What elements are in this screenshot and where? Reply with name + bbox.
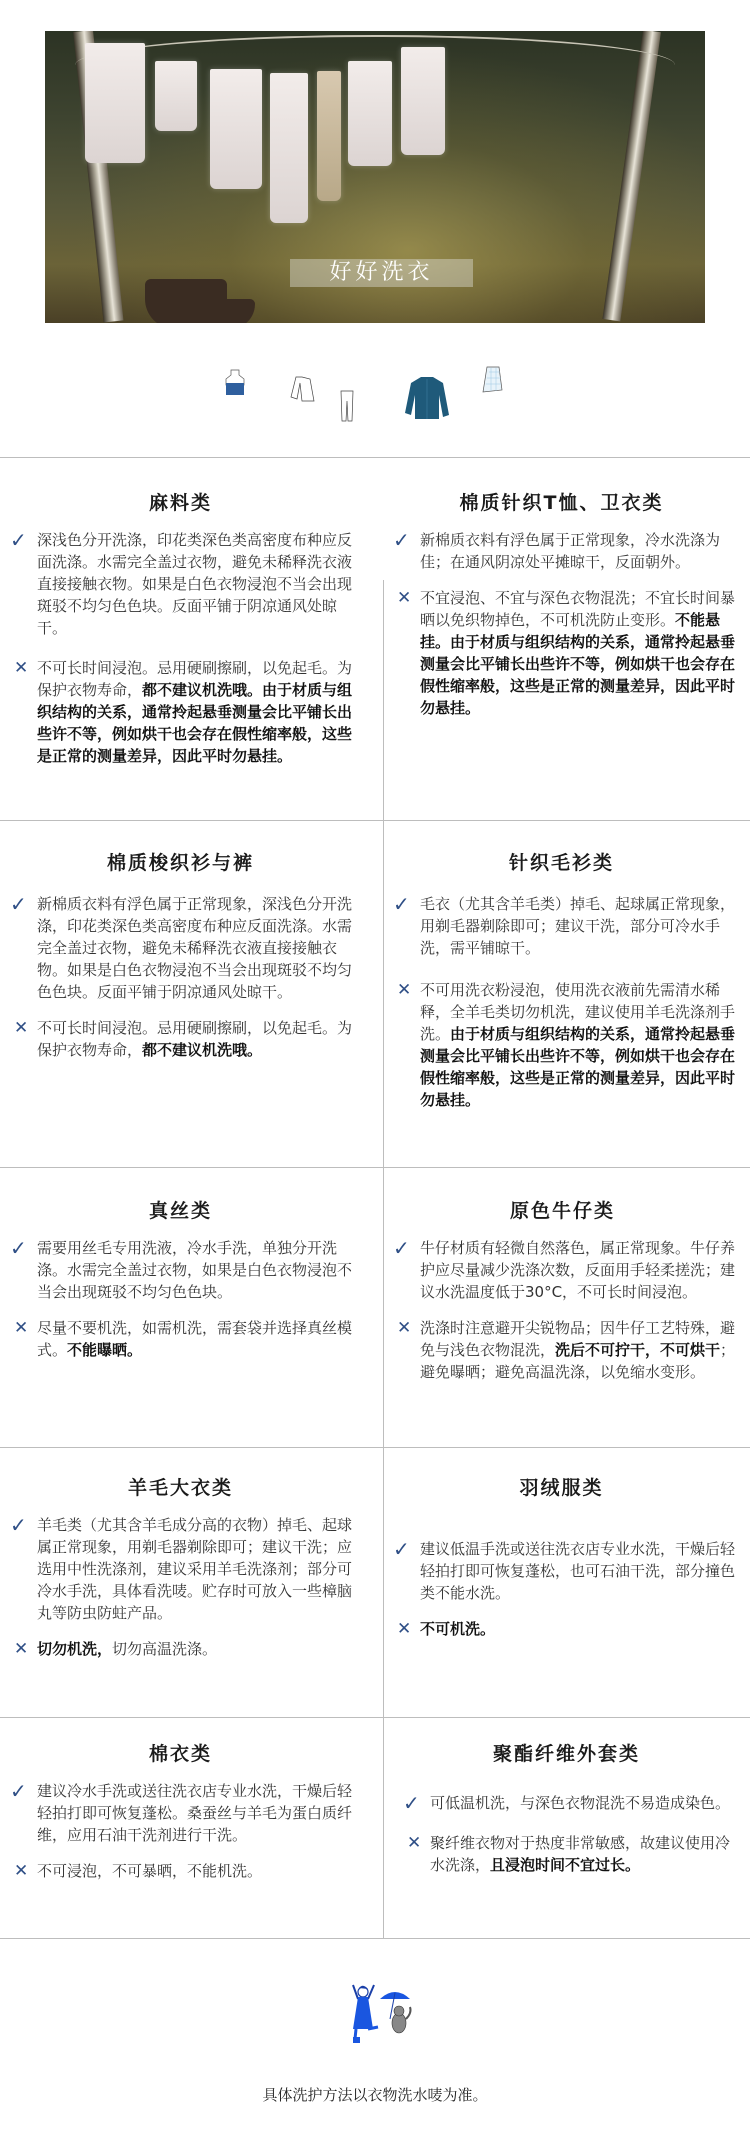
cross-icon: ✕ xyxy=(397,979,411,1001)
plaid-shirt-icon xyxy=(481,366,503,394)
cross-icon: ✕ xyxy=(407,1832,421,1854)
white-cardigan-icon xyxy=(288,375,318,405)
care-label-note: 具体洗护方法以衣物洗水唛为准。 xyxy=(0,2084,750,2105)
care-dont: ✕ 不可长时间浸泡。忌用硬刷擦刷，以免起毛。为保护衣物寿命，都不建议机洗哦。由于… xyxy=(0,657,361,767)
care-do: ✓ 新棉质衣料有浮色属于正常现象，冷水洗涤为佳；在通风阴凉处平摊晾干，反面朝外。 xyxy=(383,529,740,573)
hanging-slip xyxy=(317,71,341,201)
care-section-linen: 麻料类 ✓ 深浅色分开洗涤，印花类深色类高密度布种应反面洗涤。水需完全盖过衣物，… xyxy=(0,488,383,767)
hanging-camisole xyxy=(155,61,197,131)
section-title: 棉衣类 xyxy=(0,1739,361,1766)
care-dont-emphasis: 不能曝晒。 xyxy=(67,1341,142,1359)
care-section-padded-coat: 棉衣类 ✓ 建议冷水手洗或送往洗衣店专业水洗，干燥后轻轻拍打即可恢复蓬松。桑蚕丝… xyxy=(0,1739,383,1882)
care-dont-emphasis: 不可机洗。 xyxy=(420,1620,495,1638)
cross-icon: ✕ xyxy=(14,657,28,679)
care-do: ✓ 牛仔材质有轻微自然落色，属正常现象。牛仔养护应尽量减少洗涤次数，反面用手轻柔… xyxy=(383,1237,742,1303)
section-title: 棉质针织T恤、卫衣类 xyxy=(383,488,740,515)
care-do: ✓ 可低温机洗，与深色衣物混洗不易造成染色。 xyxy=(393,1792,740,1814)
hanging-dress xyxy=(270,73,308,223)
cross-icon: ✕ xyxy=(397,1317,411,1339)
cross-icon: ✕ xyxy=(397,587,411,609)
apron-icon xyxy=(223,369,247,397)
care-do-text: 羊毛类（尤其含羊毛成分高的衣物）掉毛、起球属正常现象，用剃毛器剃除即可；建议干洗… xyxy=(37,1516,352,1622)
section-title: 羽绒服类 xyxy=(383,1473,740,1500)
check-icon: ✓ xyxy=(393,1237,410,1259)
check-icon: ✓ xyxy=(10,893,27,915)
care-do-text: 牛仔材质有轻微自然落色，属正常现象。牛仔养护应尽量减少洗涤次数，反面用手轻柔搓洗… xyxy=(420,1239,735,1301)
check-icon: ✓ xyxy=(10,1237,27,1259)
care-do: ✓ 羊毛类（尤其含羊毛成分高的衣物）掉毛、起球属正常现象，用剃毛器剃除即可；建议… xyxy=(0,1514,361,1624)
care-do-text: 新棉质衣料有浮色属于正常现象，冷水洗涤为佳；在通风阴凉处平摊晾干，反面朝外。 xyxy=(420,531,720,571)
cross-icon: ✕ xyxy=(14,1638,28,1660)
care-dont: ✕ 尽量不要机洗，如需机洗，需套袋并选择真丝模式。不能曝晒。 xyxy=(0,1317,361,1361)
care-dont-emphasis: 由于材质与组织结构的关系，通常拎起悬垂测量会比平铺长出些许不等，例如烘干也会存在… xyxy=(420,1025,735,1109)
care-do-text: 需要用丝毛专用洗液，冷水手洗，单独分开洗涤。水需完全盖过衣物，如果是白色衣物浸泡… xyxy=(37,1239,352,1301)
divider xyxy=(0,1167,750,1168)
divider xyxy=(0,820,750,821)
care-dont-emphasis: 洗后不可拧干，不可烘干 xyxy=(555,1341,720,1359)
care-do-text: 毛衣（尤其含羊毛类）掉毛、起球属正常现象，用剃毛器剃除即可；建议干洗，部分可冷水… xyxy=(420,895,735,957)
small-basket xyxy=(205,299,255,323)
section-title: 原色牛仔类 xyxy=(383,1196,742,1223)
care-section-knit-sweater: 针织毛衫类 ✓ 毛衣（尤其含羊毛类）掉毛、起球属正常现象，用剃毛器剃除即可；建议… xyxy=(383,848,750,1111)
garment-icons-row xyxy=(0,355,750,425)
care-dont: ✕ 不可浸泡，不可暴晒，不能机洗。 xyxy=(0,1860,361,1882)
care-dont: ✕ 不宜浸泡、不宜与深色衣物混洗；不宜长时间暴晒以免织物掉色，不可机洗防止变形。… xyxy=(383,587,740,719)
section-title: 真丝类 xyxy=(0,1196,361,1223)
white-trousers-icon xyxy=(338,389,356,423)
hero-title: 好好洗衣 xyxy=(290,259,473,287)
care-do: ✓ 需要用丝毛专用洗液，冷水手洗，单独分开洗涤。水需完全盖过衣物，如果是白色衣物… xyxy=(0,1237,361,1303)
care-do-text: 新棉质衣料有浮色属于正常现象，深浅色分开洗涤，印花类深色类高密度布种应反面洗涤。… xyxy=(37,895,352,1001)
divider xyxy=(0,457,750,458)
check-icon: ✓ xyxy=(393,529,410,551)
section-title: 麻料类 xyxy=(0,488,361,515)
care-section-polyester-jacket: 聚酯纤维外套类 ✓ 可低温机洗，与深色衣物混洗不易造成染色。 ✕ 聚纤维衣物对于… xyxy=(383,1739,750,1876)
section-title: 聚酯纤维外套类 xyxy=(393,1739,740,1766)
hanging-blouse xyxy=(210,69,262,189)
girl-umbrella-cat-illustration xyxy=(350,1983,420,2045)
divider xyxy=(0,1938,750,1939)
check-icon: ✓ xyxy=(10,529,27,551)
care-do: ✓ 新棉质衣料有浮色属于正常现象，深浅色分开洗涤，印花类深色类高密度布种应反面洗… xyxy=(0,893,361,1003)
care-dont: ✕ 洗涤时注意避开尖锐物品；因牛仔工艺特殊，避免与浅色衣物混洗，洗后不可拧干，不… xyxy=(383,1317,742,1383)
check-icon: ✓ xyxy=(10,1780,27,1802)
hero-photo: 好好洗衣 xyxy=(45,31,705,323)
care-dont-emphasis: 且浸泡时间不宜过长。 xyxy=(490,1856,640,1874)
hanging-skirt xyxy=(85,43,145,163)
care-section-cotton-knit-tee: 棉质针织T恤、卫衣类 ✓ 新棉质衣料有浮色属于正常现象，冷水洗涤为佳；在通风阴凉… xyxy=(383,488,750,719)
care-do: ✓ 建议冷水手洗或送往洗衣店专业水洗，干燥后轻轻拍打即可恢复蓬松。桑蚕丝与羊毛为… xyxy=(0,1780,361,1846)
care-do-text: 深浅色分开洗涤，印花类深色类高密度布种应反面洗涤。水需完全盖过衣物，避免未稀释洗… xyxy=(37,531,352,637)
care-dont: ✕ 不可机洗。 xyxy=(383,1618,740,1640)
care-dont-emphasis: 切勿机洗， xyxy=(37,1640,112,1658)
hanging-bodysuit xyxy=(348,61,392,166)
care-section-wool-coat: 羊毛大衣类 ✓ 羊毛类（尤其含羊毛成分高的衣物）掉毛、起球属正常现象，用剃毛器剃… xyxy=(0,1473,383,1660)
care-dont-emphasis: 都不建议机洗哦。 xyxy=(142,1041,262,1059)
check-icon: ✓ xyxy=(393,893,410,915)
care-dont-text: 不可浸泡，不可暴晒，不能机洗。 xyxy=(37,1862,262,1880)
care-do: ✓ 毛衣（尤其含羊毛类）掉毛、起球属正常现象，用剃毛器剃除即可；建议干洗，部分可… xyxy=(383,893,740,959)
check-icon: ✓ xyxy=(403,1792,420,1814)
care-do-text: 建议冷水手洗或送往洗衣店专业水洗，干燥后轻轻拍打即可恢复蓬松。桑蚕丝与羊毛为蛋白… xyxy=(37,1782,352,1844)
care-section-cotton-woven: 棉质梭织衫与裤 ✓ 新棉质衣料有浮色属于正常现象，深浅色分开洗涤，印花类深色类高… xyxy=(0,848,383,1061)
cross-icon: ✕ xyxy=(14,1860,28,1882)
section-title: 羊毛大衣类 xyxy=(0,1473,361,1500)
care-do: ✓ 深浅色分开洗涤，印花类深色类高密度布种应反面洗涤。水需完全盖过衣物，避免未稀… xyxy=(0,529,361,639)
denim-shirt-icon xyxy=(405,375,449,421)
care-dont: ✕ 不可长时间浸泡。忌用硬刷擦刷，以免起毛。为保护衣物寿命，都不建议机洗哦。 xyxy=(0,1017,361,1061)
care-do: ✓ 建议低温手洗或送往洗衣店专业水洗，干燥后轻轻拍打即可恢复蓬松，也可石油干洗，… xyxy=(383,1538,740,1604)
care-section-raw-denim: 原色牛仔类 ✓ 牛仔材质有轻微自然落色，属正常现象。牛仔养护应尽量减少洗涤次数，… xyxy=(383,1196,750,1383)
section-title: 针织毛衫类 xyxy=(383,848,740,875)
hanging-tank xyxy=(401,47,445,155)
divider xyxy=(0,1717,750,1718)
divider xyxy=(0,1447,750,1448)
section-title: 棉质梭织衫与裤 xyxy=(0,848,361,875)
care-do-text: 建议低温手洗或送往洗衣店专业水洗，干燥后轻轻拍打即可恢复蓬松，也可石油干洗，部分… xyxy=(420,1540,735,1602)
care-dont: ✕ 切勿机洗，切勿高温洗涤。 xyxy=(0,1638,361,1660)
care-section-down-jacket: 羽绒服类 ✓ 建议低温手洗或送往洗衣店专业水洗，干燥后轻轻拍打即可恢复蓬松，也可… xyxy=(383,1473,750,1640)
care-dont: ✕ 聚纤维衣物对于热度非常敏感，故建议使用冷水洗涤，且浸泡时间不宜过长。 xyxy=(393,1832,740,1876)
care-section-silk: 真丝类 ✓ 需要用丝毛专用洗液，冷水手洗，单独分开洗涤。水需完全盖过衣物，如果是… xyxy=(0,1196,383,1361)
check-icon: ✓ xyxy=(10,1514,27,1536)
care-dont-text: 切勿高温洗涤。 xyxy=(112,1640,217,1658)
cross-icon: ✕ xyxy=(14,1317,28,1339)
cross-icon: ✕ xyxy=(397,1618,411,1640)
care-do-text: 可低温机洗，与深色衣物混洗不易造成染色。 xyxy=(430,1794,730,1812)
cross-icon: ✕ xyxy=(14,1017,28,1039)
care-dont: ✕ 不可用洗衣粉浸泡，使用洗衣液前先需清水稀释，全羊毛类切勿机洗，建议使用羊毛洗… xyxy=(383,979,740,1111)
check-icon: ✓ xyxy=(393,1538,410,1560)
